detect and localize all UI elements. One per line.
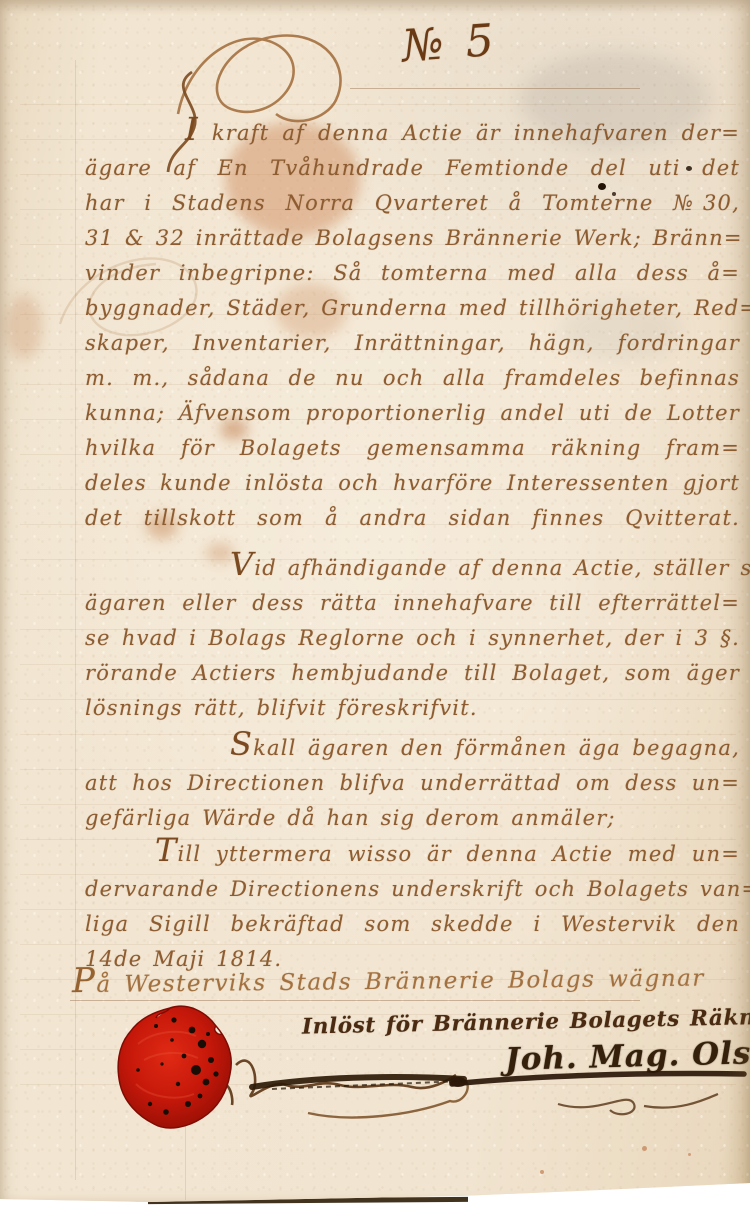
manuscript-line: det tillskott som å andra sidan finnes Q… bbox=[85, 501, 740, 536]
manuscript-line: har i Stadens Norra Qvarteret å Tomterne… bbox=[85, 186, 740, 221]
manuscript-line: att hos Directionen blifva underrättad o… bbox=[85, 766, 740, 801]
paper-crease bbox=[75, 60, 76, 1180]
signature-strike-line bbox=[448, 1060, 748, 1120]
manuscript-line: hvilka för Bolagets gemensamma räkning f… bbox=[85, 431, 740, 466]
manuscript-line: dervarande Directionens underskrift och … bbox=[85, 872, 740, 907]
manuscript-line: se hvad i Bolags Reglorne och i synnerhe… bbox=[85, 621, 740, 656]
paragraph-2: Vid afhändigande af denna Actie, ställer… bbox=[85, 547, 740, 726]
manuscript-line: Skall ägaren den förmånen äga begagna, bbox=[85, 727, 740, 766]
behalf-line: På Westerviks Stads Brännerie Bolags wäg… bbox=[72, 955, 672, 1001]
foxing-stain bbox=[6, 295, 42, 359]
manuscript-line: kunna; Äfvensom proportionerlig andel ut… bbox=[85, 396, 740, 431]
manuscript-line: ägaren eller dess rätta innehafvare till… bbox=[85, 586, 740, 621]
manuscript-line: rörande Actiers hembjudande till Bolaget… bbox=[85, 656, 740, 691]
paper-sheet: № 5 I kraft af denna Actie är innehafvar… bbox=[0, 0, 750, 1209]
foxing-dot bbox=[540, 1170, 544, 1174]
manuscript-line: skaper, Inventarier, Inrättningar, hägn,… bbox=[85, 326, 740, 361]
scanned-document: № 5 I kraft af denna Actie är innehafvar… bbox=[0, 0, 750, 1209]
foxing-dot bbox=[642, 1146, 647, 1151]
manuscript-line: byggnader, Städer, Grunderna med tillhör… bbox=[85, 291, 740, 326]
manuscript-line: m. m., sådana de nu och alla framdeles b… bbox=[85, 361, 740, 396]
paragraph-1: I kraft af denna Actie är innehafvaren d… bbox=[85, 112, 740, 536]
manuscript-line: liga Sigill bekräftad som skedde i Weste… bbox=[85, 907, 740, 942]
document-number: № 5 bbox=[400, 15, 499, 73]
manuscript-line: Vid afhändigande af denna Actie, ställer… bbox=[85, 547, 740, 586]
manuscript-line: I kraft af denna Actie är innehafvaren d… bbox=[85, 112, 740, 151]
manuscript-line: vinder inbegripne: Så tomterna med alla … bbox=[85, 256, 740, 291]
manuscript-line: Till yttermera wisso är denna Actie med … bbox=[85, 833, 740, 872]
manuscript-line: deles kunde inlösta och hvarföre Interes… bbox=[85, 466, 740, 501]
manuscript-line: lösnings rätt, blifvit föreskrifvit. bbox=[85, 691, 740, 726]
foxing-dot bbox=[688, 1153, 691, 1156]
wax-seal bbox=[108, 1000, 240, 1140]
manuscript-line: gefärliga Wärde då han sig derom anmäler… bbox=[85, 801, 740, 836]
paragraph-3: Skall ägaren den förmånen äga begagna, a… bbox=[85, 727, 740, 836]
manuscript-line: 31 & 32 inrättade Bolagsens Brännerie We… bbox=[85, 221, 740, 256]
manuscript-line: ägare af En Tvåhundrade Femtionde del ut… bbox=[85, 151, 740, 186]
header-underline bbox=[350, 88, 640, 89]
